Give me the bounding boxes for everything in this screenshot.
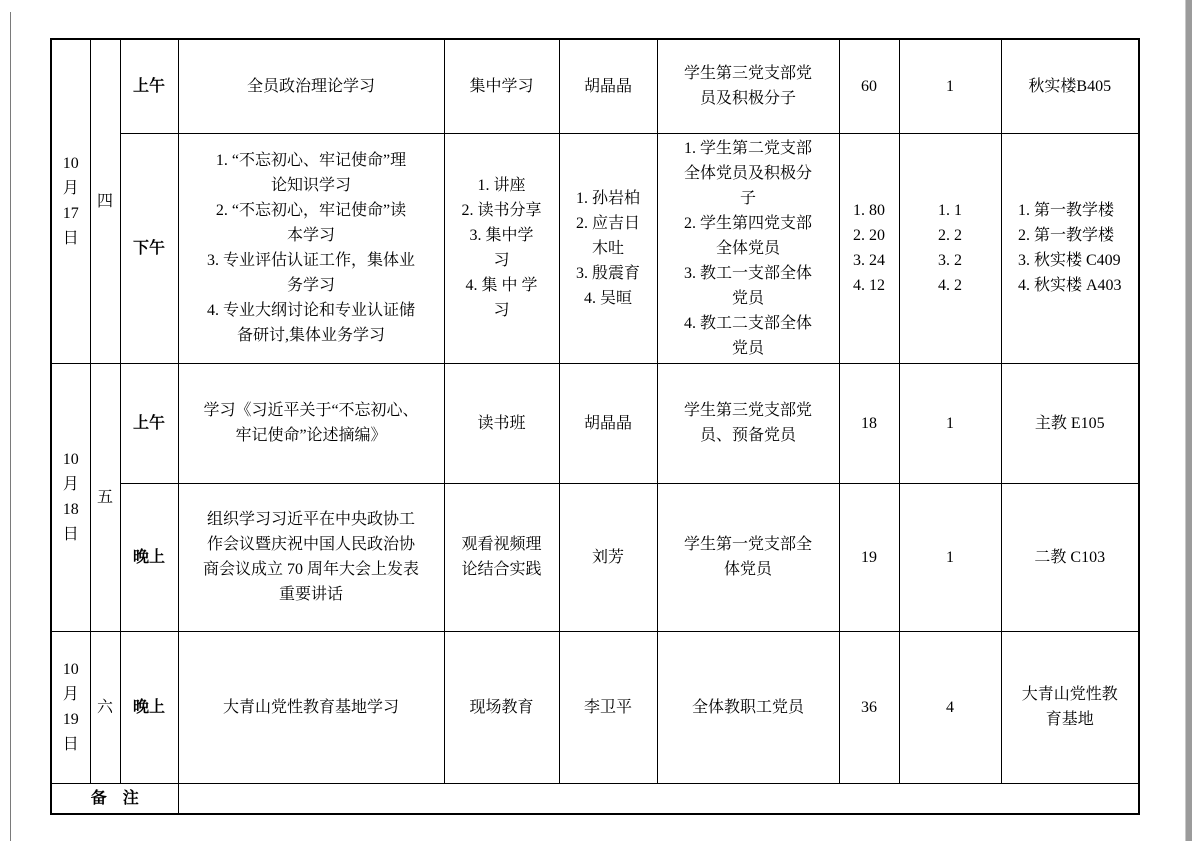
- sessions-cell: 1: [899, 363, 1001, 483]
- audience-cell: 学生第三党支部党 员及积极分子: [657, 39, 839, 133]
- count-list: 1. 80 2. 20 3. 24 4. 12: [853, 198, 885, 298]
- sessions-list: 1. 1 2. 2 3. 2 4. 2: [938, 198, 962, 298]
- form-cell: 读书班: [444, 363, 559, 483]
- leader-cell: 胡晶晶: [559, 363, 657, 483]
- weekday-cell: 四: [90, 39, 120, 363]
- count-cell: 36: [839, 631, 899, 783]
- time-cell: 上午: [120, 39, 178, 133]
- form-cell: 现场教育: [444, 631, 559, 783]
- time-cell: 晚上: [120, 483, 178, 631]
- count-cell: 60: [839, 39, 899, 133]
- document-page: 10 月 17 日 四 上午 全员政治理论学习 集中学习 胡晶晶 学生第三党支部…: [0, 0, 1192, 841]
- sessions-cell: 4: [899, 631, 1001, 783]
- activity-content-cell: 大青山党性教育基地学习: [178, 631, 444, 783]
- location-cell: 主教 E105: [1001, 363, 1139, 483]
- leader-cell: 1. 孙岩柏 2. 应吉日 木吐 3. 殷震育 4. 吴晅: [559, 133, 657, 363]
- form-cell: 观看视频理 论结合实践: [444, 483, 559, 631]
- leader-cell: 李卫平: [559, 631, 657, 783]
- weekday-cell: 五: [90, 363, 120, 631]
- form-cell: 1. 讲座 2. 读书分享 3. 集中学 习 4. 集 中 学 习: [444, 133, 559, 363]
- location-cell: 二教 C103: [1001, 483, 1139, 631]
- weekday-cell: 六: [90, 631, 120, 783]
- location-cell: 大青山党性教 育基地: [1001, 631, 1139, 783]
- schedule-table: 10 月 17 日 四 上午 全员政治理论学习 集中学习 胡晶晶 学生第三党支部…: [50, 38, 1140, 815]
- time-cell: 晚上: [120, 631, 178, 783]
- activity-content-cell: 组织学习习近平在中央政协工 作会议暨庆祝中国人民政治协 商会议成立 70 周年大…: [178, 483, 444, 631]
- page-left-boundary-line: [10, 12, 11, 841]
- form-cell: 集中学习: [444, 39, 559, 133]
- leader-cell: 刘芳: [559, 483, 657, 631]
- page-right-edge: [1185, 0, 1192, 841]
- count-cell: 19: [839, 483, 899, 631]
- sessions-cell: 1: [899, 483, 1001, 631]
- date-cell: 10 月 18 日: [51, 363, 90, 631]
- time-cell: 下午: [120, 133, 178, 363]
- audience-cell: 学生第三党支部党 员、预备党员: [657, 363, 839, 483]
- activity-content-cell: 全员政治理论学习: [178, 39, 444, 133]
- location-list: 1. 第一教学楼 2. 第一教学楼 3. 秋实楼 C409 4. 秋实楼 A40…: [1018, 198, 1122, 298]
- sessions-cell: 1. 1 2. 2 3. 2 4. 2: [899, 133, 1001, 363]
- count-cell: 18: [839, 363, 899, 483]
- time-cell: 上午: [120, 363, 178, 483]
- date-cell: 10 月 19 日: [51, 631, 90, 783]
- date-cell: 10 月 17 日: [51, 39, 90, 363]
- audience-cell: 学生第一党支部全 体党员: [657, 483, 839, 631]
- leader-cell: 胡晶晶: [559, 39, 657, 133]
- remark-label: 备 注: [51, 783, 178, 814]
- audience-cell: 1. 学生第二党支部 全体党员及积极分 子 2. 学生第四党支部 全体党员 3.…: [657, 133, 839, 363]
- remark-value: [178, 783, 1139, 814]
- location-cell: 秋实楼B405: [1001, 39, 1139, 133]
- activity-content-cell: 1. “不忘初心、牢记使命”理 论知识学习 2. “不忘初心，牢记使命”读 本学…: [178, 133, 444, 363]
- activity-content-cell: 学习《习近平关于“不忘初心、 牢记使命”论述摘编》: [178, 363, 444, 483]
- location-cell: 1. 第一教学楼 2. 第一教学楼 3. 秋实楼 C409 4. 秋实楼 A40…: [1001, 133, 1139, 363]
- audience-cell: 全体教职工党员: [657, 631, 839, 783]
- sessions-cell: 1: [899, 39, 1001, 133]
- count-cell: 1. 80 2. 20 3. 24 4. 12: [839, 133, 899, 363]
